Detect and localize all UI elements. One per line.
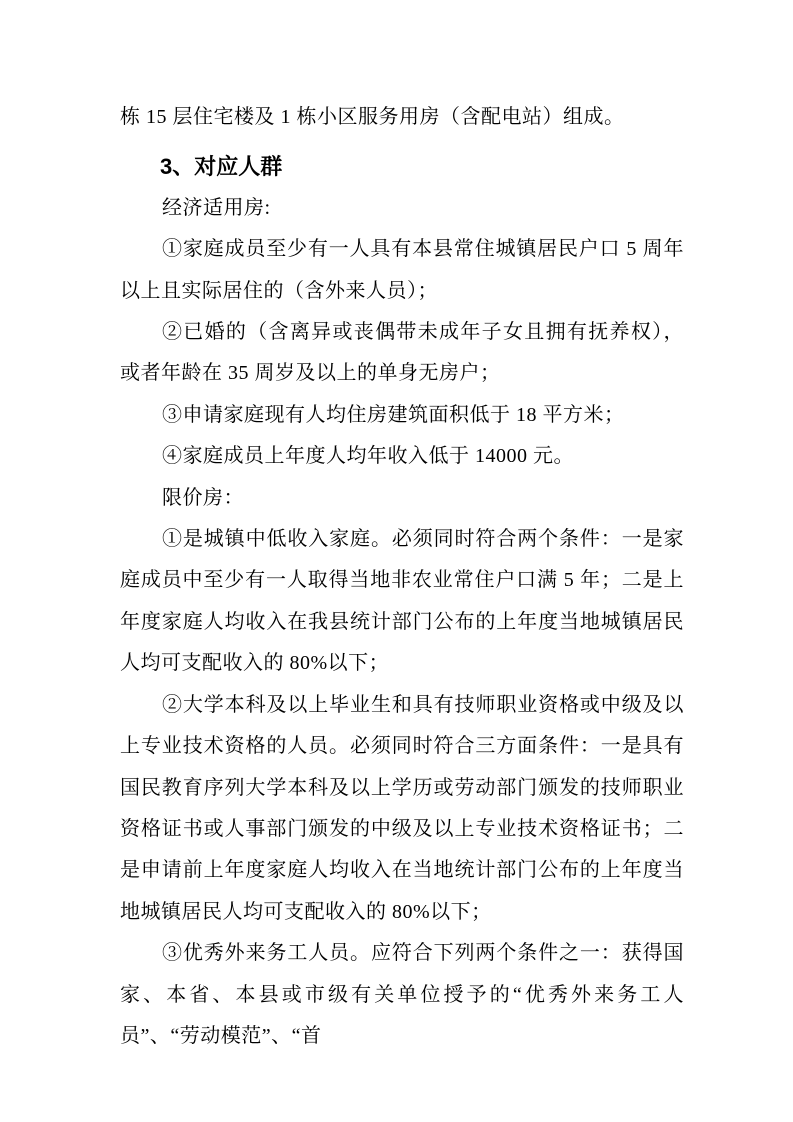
section-heading: 3、对应人群	[120, 146, 684, 187]
document-content: 栋 15 层住宅楼及 1 栋小区服务用房（含配电站）组成。3、对应人群经济适用房…	[120, 97, 684, 1057]
paragraph: ①家庭成员至少有一人具有本县常住城镇居民户口 5 周年以上且实际居住的（含外来人…	[120, 229, 684, 312]
paragraph: ②已婚的（含离异或丧偶带未成年子女且拥有抚养权），或者年龄在 35 周岁及以上的…	[120, 312, 684, 395]
paragraph: ②大学本科及以上毕业生和具有技师职业资格或中级及以上专业技术资格的人员。必须同时…	[120, 685, 684, 933]
paragraph: 限价房：	[120, 478, 684, 519]
paragraph: ③优秀外来务工人员。应符合下列两个条件之一：获得国家、本省、本县或市级有关单位授…	[120, 933, 684, 1057]
paragraph: ③申请家庭现有人均住房建筑面积低于 18 平方米；	[120, 395, 684, 436]
paragraph: 经济适用房:	[120, 188, 684, 229]
document-page: 栋 15 层住宅楼及 1 栋小区服务用房（含配电站）组成。3、对应人群经济适用房…	[0, 0, 793, 1122]
paragraph: ④家庭成员上年度人均年收入低于 14000 元。	[120, 436, 684, 477]
paragraph: ①是城镇中低收入家庭。必须同时符合两个条件：一是家庭成员中至少有一人取得当地非农…	[120, 519, 684, 685]
paragraph: 栋 15 层住宅楼及 1 栋小区服务用房（含配电站）组成。	[120, 97, 684, 138]
